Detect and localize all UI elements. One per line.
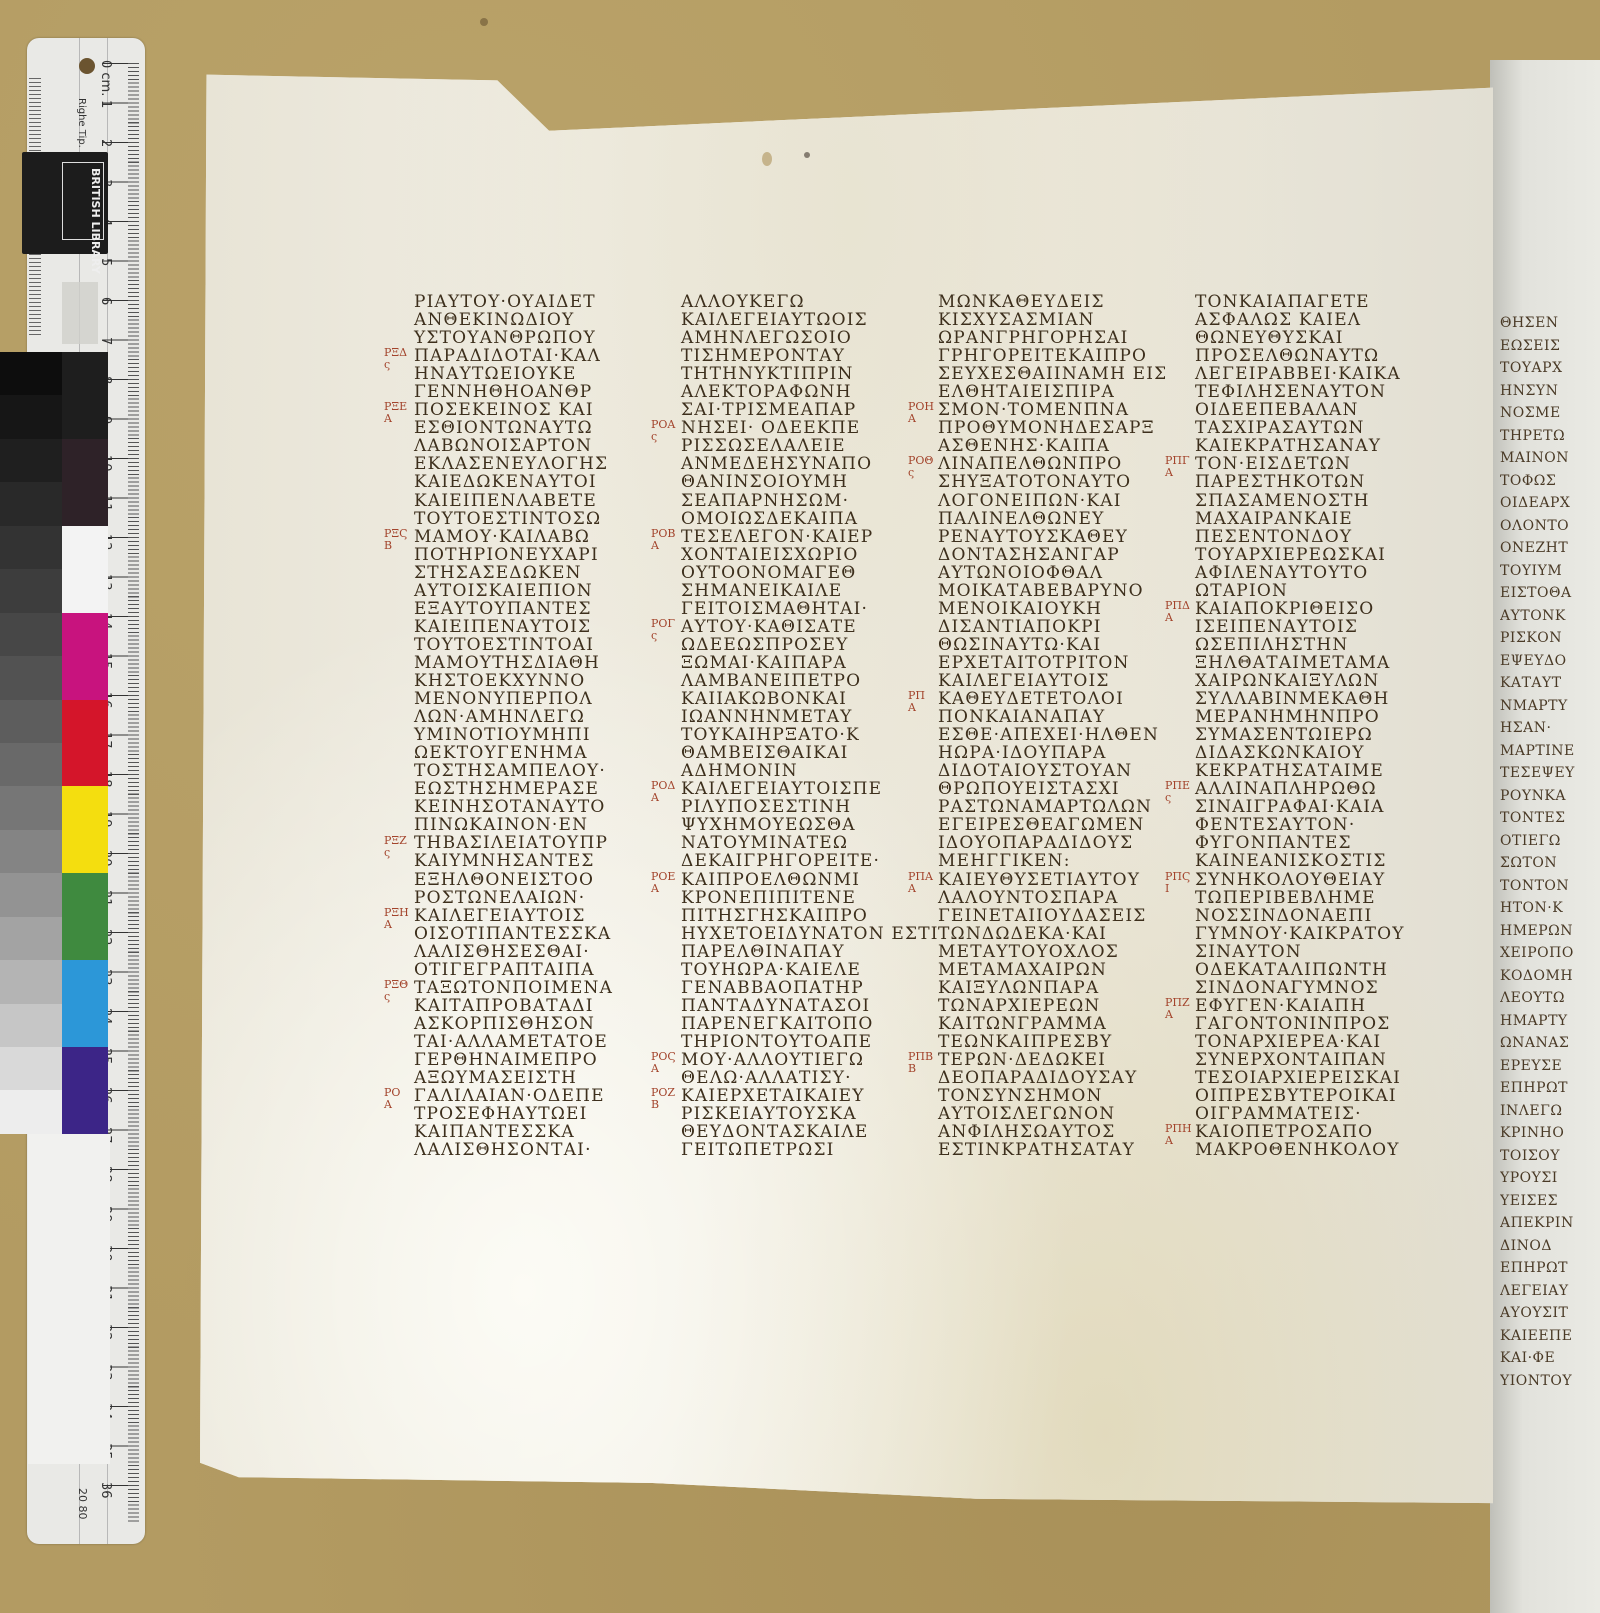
manuscript-line: ΤΕΩΝΚΑΙΠΡΕΣΒΥ	[938, 1033, 1178, 1051]
manuscript-line: ΞΗΛΘΑΤΑΙΜΕΤΑΜΑ	[1195, 654, 1435, 672]
text-column-4: ΤΟΝΚΑΙΑΠΑΓΕΤΕΑΣΦΑΛΩΣ ΚΑΙΕΛΘΩΝΕΥΘΥΣΚΑΙΠΡΟ…	[1195, 293, 1435, 1159]
manuscript-line: ΛΙΝΑΠΕΛΘΩΝΠΡΟ	[938, 455, 1178, 473]
manuscript-line: ΩΔΕΕΩΣΠΡΟΣΕΥ	[681, 636, 921, 654]
manuscript-line: ΛΑΒΩΝΟΙΣΑΡΤΟΝ	[414, 437, 654, 455]
adjacent-folio-line: ΣΩΤΟΝ	[1500, 852, 1600, 875]
manuscript-line: ΕΓΕΙΡΕΣΘΕΑΓΩΜΕΝ	[938, 816, 1178, 834]
manuscript-line: ΡΑΣΤΩΝΑΜΑΡΤΩΛΩΝ	[938, 798, 1178, 816]
manuscript-line: ΠΑΡΕΝΕΓΚΑΙΤΟΠΟ	[681, 1015, 921, 1033]
manuscript-line: ΣΗΥΞΑΤΟΤΟΝΑΥΤΟ	[938, 473, 1178, 491]
adjacent-folio-line: ΗΣΑΝ·	[1500, 717, 1600, 740]
color-patch-green	[62, 873, 108, 960]
adjacent-folio-line: ΝΟΣΜΕ	[1500, 402, 1600, 425]
adjacent-folio-line: ΑΠΕΚΡΙΝ	[1500, 1212, 1600, 1235]
manuscript-line: ΠΙΝΩΚΑΙΝΟΝ·ΕΝ	[414, 816, 654, 834]
manuscript-line: ΠΑΝΤΑΔΥΝΑΤΑΣΟΙ	[681, 997, 921, 1015]
ruler-cm-label: 36	[98, 1482, 113, 1499]
manuscript-line: ΕΡΧΕΤΑΙΤΟΤΡΙΤΟΝ	[938, 654, 1178, 672]
ruler-cm-label: 1	[98, 100, 113, 108]
manuscript-line: ΛΑΛΙΣΘΗΣΟΝΤΑΙ·	[414, 1141, 654, 1159]
manuscript-line: ΟΥΤΟΟΝΟΜΑΓΕΘ	[681, 564, 921, 582]
eusebian-canon-note: ΡΞϚ Β	[384, 528, 408, 552]
manuscript-line: ΩΡΑΝΓΡΗΓΟΡΗΣΑΙ	[938, 329, 1178, 347]
eusebian-canon-note: ΡΞΗ Α	[384, 907, 409, 931]
ruler-bottom-label: 20 80	[76, 1488, 89, 1520]
adjacent-folio-line: ΜΑΡΤΙΝΕ	[1500, 740, 1600, 763]
eusebian-canon-note: ΡΠ Α	[908, 690, 925, 714]
manuscript-line: ΝΟΣΣΙΝΔΟΝΑΕΠΙ	[1195, 907, 1435, 925]
manuscript-line: ΜΕΤΑΥΤΟΥΟΧΛΟΣ	[938, 943, 1178, 961]
manuscript-line: ΤΗΡΙΟΝΤΟΥΤΟΑΠΕ	[681, 1033, 921, 1051]
eusebian-canon-note: ΡΟΗ Α	[908, 401, 934, 425]
manuscript-line: ΚΑΙΛΕΓΕΙΑΥΤΩΟΙΣ	[681, 311, 921, 329]
adjacent-folio-line: ΤΗΡΕΤΩ	[1500, 425, 1600, 448]
manuscript-line: ΦΕΝΤΕΣΑΥΤΟΝ·	[1195, 816, 1435, 834]
manuscript-line: ΙΔΟΥΟΠΑΡΑΔΙΔΟΥΣ	[938, 834, 1178, 852]
gray-step	[0, 482, 62, 525]
eusebian-canon-note: ΡΠΒ Β	[908, 1051, 933, 1075]
manuscript-line: ΣΕΥΧΕΣΘΑΙΙΝΑΜΗ ΕΙΣ	[938, 365, 1178, 383]
adjacent-folio-line: ΕΡΕΥΣΕ	[1500, 1055, 1600, 1078]
ruler-cm-label: 6	[98, 297, 113, 305]
text-column-3: ΜΩΝΚΑΘΕΥΔΕΙΣΚΙΣΧΥΣΑΣΜΙΑΝΩΡΑΝΓΡΗΓΟΡΗΣΑΙΓΡ…	[938, 293, 1178, 1159]
adjacent-folio-line: ΟΛΟΝΤΟ	[1500, 515, 1600, 538]
logo-text: BRITISH LIBRARY	[89, 168, 102, 238]
adjacent-folio-line: ΕΩΣΕΙΣ	[1500, 335, 1600, 358]
manuscript-line: ΑΣΚΟΡΠΙΣΘΗΣΟΝ	[414, 1015, 654, 1033]
adjacent-folio-line: ΤΟΙΣΟΥ	[1500, 1145, 1600, 1168]
gray-step	[0, 830, 62, 873]
eusebian-canon-note: ΡΠϚ Ι	[1165, 871, 1190, 895]
manuscript-line: ΜΩΝΚΑΘΕΥΔΕΙΣ	[938, 293, 1178, 311]
manuscript-line: ΤΟΥΤΟΕΣΤΙΝΤΟΣΩ	[414, 510, 654, 528]
ruler-cm-label: 7	[98, 337, 113, 345]
manuscript-line: ΛΕΓΕΙΡΑΒΒΕΙ·ΚΑΙΚΑ	[1195, 365, 1435, 383]
manuscript-line: ΜΟΙΚΑΤΑΒΕΒΑΡΥΝΟ	[938, 582, 1178, 600]
manuscript-line: ΓΕΝΑΒΒΑΟΠΑΤΗΡ	[681, 979, 921, 997]
ruler-smudge	[62, 282, 98, 344]
color-patch-red	[62, 700, 108, 787]
stain	[804, 152, 810, 158]
color-patch-dark-brown	[62, 439, 108, 526]
manuscript-line: ΤΑΞΩΤΟΝΠΟΙΜΕΝΑ	[414, 979, 654, 997]
manuscript-line: ΚΑΘΕΥΔΕΤΕΤΟΛΟΙ	[938, 690, 1178, 708]
manuscript-line: ΙΩΑΝΝΗΝΜΕΤΑΥ	[681, 708, 921, 726]
manuscript-line: ΜΑΜΟΥ·ΚΑΙΛΑΒΩ	[414, 528, 654, 546]
adjacent-folio-line: ΕΙΣΤΟΘΑ	[1500, 582, 1600, 605]
manuscript-line: ΔΟΝΤΑΣΗΣΑΝΓΑΡ	[938, 546, 1178, 564]
manuscript-line: ΕΦΥΓΕΝ·ΚΑΙΑΠΗ	[1195, 997, 1435, 1015]
manuscript-line: ΘΕΥΔΟΝΤΑΣΚΑΙΛΕ	[681, 1123, 921, 1141]
manuscript-line: ΡΙΣΚΕΙΑΥΤΟΥΣΚΑ	[681, 1105, 921, 1123]
manuscript-line: ΚΑΙΤΑΠΡΟΒΑΤΑΔΙ	[414, 997, 654, 1015]
manuscript-line: ΑΣΘΕΝΗΣ·ΚΑΙΠΑ	[938, 437, 1178, 455]
manuscript-line: ΔΙΔΑΣΚΩΝΚΑΙΟΥ	[1195, 744, 1435, 762]
eusebian-canon-note: ΡΟΒ Α	[651, 528, 676, 552]
manuscript-line: ΚΑΙΠΑΝΤΕΣΣΚΑ	[414, 1123, 654, 1141]
manuscript-line: ΕΞΑΥΤΟΥΠΑΝΤΕΣ	[414, 600, 654, 618]
manuscript-line: ΜΑΚΡΟΘΕΝΗΚΟΛΟΥ	[1195, 1141, 1435, 1159]
manuscript-line: ΞΩΜΑΙ·ΚΑΙΠΑΡΑ	[681, 654, 921, 672]
manuscript-line: ΣΥΝΗΚΟΛΟΥΘΕΙΑΥ	[1195, 871, 1435, 889]
adjacent-folio-line: ΔΙΝΟΔ	[1500, 1235, 1600, 1258]
manuscript-line: ΘΑΝΙΝΣΟΙΟΥΜΗ	[681, 473, 921, 491]
manuscript-line: ΑΛΕΚΤΟΡΑΦΩΝΗ	[681, 383, 921, 401]
color-patch-cyan	[62, 960, 108, 1047]
eusebian-canon-note: ΡΟΘ ς	[908, 455, 933, 479]
manuscript-line: ΚΑΙΥΜΝΗΣΑΝΤΕΣ	[414, 852, 654, 870]
manuscript-line: ΣΑΙ·ΤΡΙΣΜΕΑΠΑΡ	[681, 401, 921, 419]
color-patch-violet	[62, 1047, 108, 1134]
eusebian-canon-note: ΡΠΔ Α	[1165, 600, 1190, 624]
manuscript-line: ΤΟΝΑΡΧΙΕΡΕΑ·ΚΑΙ	[1195, 1033, 1435, 1051]
manuscript-line: ΠΡΟΣΕΛΘΩΝΑΥΤΩ	[1195, 347, 1435, 365]
eusebian-canon-note: ΡΟ Α	[384, 1087, 400, 1111]
manuscript-line: ΟΙΔΕΕΠΕΒΑΛΑΝ	[1195, 401, 1435, 419]
manuscript-line: ΠΕΣΕΝΤΟΝΔΟΥ	[1195, 528, 1435, 546]
manuscript-line: ΑΜΗΝΛΕΓΩΣΟΙΟ	[681, 329, 921, 347]
manuscript-line: ΑΞΩΥΜΑΣΕΙΣΤΗ	[414, 1069, 654, 1087]
adjacent-folio-line: ΤΟΝΤΟΝ	[1500, 875, 1600, 898]
eusebian-canon-note: ΡΠΑ Α	[908, 871, 933, 895]
adjacent-folio-line: ΗΜΑΡΤΥ	[1500, 1010, 1600, 1033]
manuscript-line: ΚΑΙΑΠΟΚΡΙΘΕΙΣΟ	[1195, 600, 1435, 618]
ruler-mm-ticks	[111, 63, 139, 1523]
manuscript-line: ΤΟΝΚΑΙΑΠΑΓΕΤΕ	[1195, 293, 1435, 311]
manuscript-line: ΛΑΛΙΣΘΗΣΕΣΘΑΙ·	[414, 943, 654, 961]
eusebian-canon-note: ΡΞΕ Α	[384, 401, 407, 425]
manuscript-line: ΑΥΤΟΥ·ΚΑΘΙΣΑΤΕ	[681, 618, 921, 636]
manuscript-line: ΑΦΙΛΕΝΑΥΤΟΥΤΟ	[1195, 564, 1435, 582]
manuscript-line: ΚΑΙΙΑΚΩΒΟΝΚΑΙ	[681, 690, 921, 708]
manuscript-line: ΠΟΣΕΚΕΙΝΟΣ ΚΑΙ	[414, 401, 654, 419]
manuscript-line: ΑΝΜΕΔΕΗΣΥΝΑΠΟ	[681, 455, 921, 473]
manuscript-line: ΓΡΗΓΟΡΕΙΤΕΚΑΙΠΡΟ	[938, 347, 1178, 365]
manuscript-line: ΤΟΥΗΩΡΑ·ΚΑΙΕΛΕ	[681, 961, 921, 979]
manuscript-line: ΣΗΜΑΝΕΙΚΑΙΛΕ	[681, 582, 921, 600]
manuscript-line: ΓΕΙΤΟΙΣΜΑΘΗΤΑΙ·	[681, 600, 921, 618]
adjacent-folio-line: ΗΜΕΡΩΝ	[1500, 920, 1600, 943]
manuscript-line: ΑΥΤΟΙΣΛΕΓΩΝΟΝ	[938, 1105, 1178, 1123]
manuscript-line: ΤΡΟΣΕΦΗΑΥΤΩΕΙ	[414, 1105, 654, 1123]
adjacent-folio-line: ΛΕΓΕΙΑΥ	[1500, 1280, 1600, 1303]
adjacent-folio-line: ΟΙΔΕΑΡΧ	[1500, 492, 1600, 515]
manuscript-line: ΟΙΠΡΕΣΒΥΤΕΡΟΙΚΑΙ	[1195, 1087, 1435, 1105]
manuscript-line: ΚΑΙΕΚΡΑΤΗΣΑΝΑΥ	[1195, 437, 1435, 455]
adjacent-folio-line: ΟΝΕΖΗΤ	[1500, 537, 1600, 560]
grayscale-card	[0, 352, 62, 1134]
manuscript-line: ΤΟΥΤΟΕΣΤΙΝΤΟΑΙ	[414, 636, 654, 654]
manuscript-line: ΚΡΟΝΕΠΙΠΙΤΕΝΕ	[681, 889, 921, 907]
manuscript-line: ΟΔΕΚΑΤΑΛΙΠΩΝΤΗ	[1195, 961, 1435, 979]
manuscript-line: ΕΚΛΑΣΕΝΕΥΛΟΓΗΣ	[414, 455, 654, 473]
manuscript-line: ΝΗΣΕΙ· ΟΔΕΕΚΠΕ	[681, 419, 921, 437]
adjacent-folio-line: ΡΙΣΚΟΝ	[1500, 627, 1600, 650]
manuscript-line: ΓΑΓΟΝΤΟΝΙΝΠΡΟΣ	[1195, 1015, 1435, 1033]
adjacent-folio-line: ΗΤΟΝ·Κ	[1500, 897, 1600, 920]
adjacent-folio-line: ΤΕΣΕΨΕΥ	[1500, 762, 1600, 785]
manuscript-line: ΝΑΤΟΥΜΙΝΑΤΕΩ	[681, 834, 921, 852]
adjacent-folio-text: ΘΗΣΕΝΕΩΣΕΙΣΤΟΥΑΡΧΗΝΣΥΝΝΟΣΜΕΤΗΡΕΤΩΜΑΙΝΟΝΤ…	[1500, 312, 1600, 1392]
manuscript-line: ΠΡΟΘΥΜΟΝΗΔΕΣΑΡΞ	[938, 419, 1178, 437]
manuscript-line: ΩΣΕΠΙΛΗΣΤΗΝ	[1195, 636, 1435, 654]
manuscript-line: ΚΑΙΟΠΕΤΡΟΣΑΠΟ	[1195, 1123, 1435, 1141]
manuscript-line: ΜΟΥ·ΑΛΛΟΥΤΙΕΓΩ	[681, 1051, 921, 1069]
adjacent-folio-line: ΚΑΙ·ΦΕ	[1500, 1347, 1600, 1370]
manuscript-line: ΤΟΣΤΗΣΑΜΠΕΛΟΥ·	[414, 762, 654, 780]
eusebian-canon-note: ΡΠΗ Α	[1165, 1123, 1192, 1147]
manuscript-line: ΤΑΣΧΙΡΑΣΑΥΤΩΝ	[1195, 419, 1435, 437]
manuscript-line: ΑΔΗΜΟΝΙΝ	[681, 762, 921, 780]
manuscript-line: ΣΙΝΑΥΤΟΝ	[1195, 943, 1435, 961]
adjacent-folio-line: ΤΟΦΩΣ	[1500, 470, 1600, 493]
manuscript-line: ΤΟΝΣΥΝΣΗΜΟΝ	[938, 1087, 1178, 1105]
eusebian-canon-note: ΡΟΓ ς	[651, 618, 675, 642]
manuscript-line: ΘΩΝΕΥΘΥΣΚΑΙ	[1195, 329, 1435, 347]
manuscript-line: ΣΥΝΕΡΧΟΝΤΑΙΠΑΝ	[1195, 1051, 1435, 1069]
adjacent-folio-line: ΕΠΗΡΩΤ	[1500, 1077, 1600, 1100]
gray-step	[0, 613, 62, 656]
manuscript-line: ΕΛΘΗΤΑΙΕΙΣΠΙΡΑ	[938, 383, 1178, 401]
adjacent-folio-line: ΗΝΣΥΝ	[1500, 380, 1600, 403]
gray-step	[0, 873, 62, 916]
adjacent-folio-line: ΜΑΙΝΟΝ	[1500, 447, 1600, 470]
ruler-cm-label: 0 cm.	[98, 60, 113, 96]
manuscript-line: ΕΩΣΤΗΣΗΜΕΡΑΣΕ	[414, 780, 654, 798]
adjacent-folio-line: ΑΥΟΥΣΙΤ	[1500, 1302, 1600, 1325]
gray-step	[0, 395, 62, 438]
manuscript-line: ΜΕΗΓΓΙΚΕΝ:	[938, 852, 1178, 870]
manuscript-line: ΑΝΦΙΛΗΣΩΑΥΤΟΣ	[938, 1123, 1178, 1141]
manuscript-line: ΠΙΤΗΣΓΗΣΚΑΙΠΡΟ	[681, 907, 921, 925]
gray-step	[0, 917, 62, 960]
manuscript-line: ΤΕΡΩΝ·ΔΕΔΩΚΕΙ	[938, 1051, 1178, 1069]
manuscript-line: ΕΣΘΙΟΝΤΩΝΑΥΤΩ	[414, 419, 654, 437]
adjacent-folio-line: ΤΟΥΑΡΧ	[1500, 357, 1600, 380]
color-card	[62, 352, 108, 1134]
manuscript-line: ΚΑΙΕΥΘΥΣΕΤΙΑΥΤΟΥ	[938, 871, 1178, 889]
manuscript-line: ΤΟΥΚΑΙΗΡΞΑΤΟ·Κ	[681, 726, 921, 744]
adjacent-folio-line: ΥΡΟΥΣΙ	[1500, 1167, 1600, 1190]
text-column-2: ΑΛΛΟΥΚΕΓΩΚΑΙΛΕΓΕΙΑΥΤΩΟΙΣΑΜΗΝΛΕΓΩΣΟΙΟΤΙΣΗ…	[681, 293, 921, 1159]
manuscript-line: ΤΕΣΕΛΕΓΟΝ·ΚΑΙΕΡ	[681, 528, 921, 546]
white-card-strip	[28, 1134, 110, 1464]
gray-step	[0, 352, 62, 395]
eusebian-canon-note: ΡΟΔ Α	[651, 780, 675, 804]
manuscript-line: ΣΤΗΣΑΣΕΔΩΚΕΝ	[414, 564, 654, 582]
ruler-hole	[79, 58, 95, 74]
manuscript-line: ΡΟΣΤΩΝΕΛΑΙΩΝ·	[414, 889, 654, 907]
manuscript-line: ΕΣΘΕ·ΑΠΕΧΕΙ·ΗΛΘΕΝ	[938, 726, 1178, 744]
manuscript-line: ΚΕΚΡΑΤΗΣΑΤΑΙΜΕ	[1195, 762, 1435, 780]
gray-step	[0, 700, 62, 743]
manuscript-line: ΤΗΤΗΝΥΚΤΙΠΡΙΝ	[681, 365, 921, 383]
adjacent-folio-line: ΟΤΙΕΓΩ	[1500, 830, 1600, 853]
gray-step	[0, 1004, 62, 1047]
gray-step	[0, 960, 62, 1003]
manuscript-line: ΑΣΦΑΛΩΣ ΚΑΙΕΛ	[1195, 311, 1435, 329]
manuscript-line: ΡΙΑΥΤΟΥ·ΟΥΑΙΔΕΤ	[414, 293, 654, 311]
manuscript-line: ΤΑΙ·ΑΛΛΑΜΕΤΑΤΟΕ	[414, 1033, 654, 1051]
manuscript-line: ΡΙΛΥΠΟΣΕΣΤΙΝΗ	[681, 798, 921, 816]
manuscript-line: ΜΕΝΟΝΥΠΕΡΠΟΛ	[414, 690, 654, 708]
manuscript-line: ΑΝΘΕΚΙΝΩΔΙΟΥ	[414, 311, 654, 329]
text-column-1: ΡΙΑΥΤΟΥ·ΟΥΑΙΔΕΤΑΝΘΕΚΙΝΩΔΙΟΥΥΣΤΟΥΑΝΘΡΩΠΟΥ…	[414, 293, 654, 1159]
manuscript-line: ΕΣΤΙΝΚΡΑΤΗΣΑΤΑΥ	[938, 1141, 1178, 1159]
manuscript-line: ΣΠΑΣΑΜΕΝΟΣΤΗ	[1195, 492, 1435, 510]
manuscript-line: ΙΣΕΙΠΕΝΑΥΤΟΙΣ	[1195, 618, 1435, 636]
gray-step	[0, 656, 62, 699]
manuscript-line: ΚΑΙΠΡΟΕΛΘΩΝΜΙ	[681, 871, 921, 889]
manuscript-line: ΣΕΑΠΑΡΝΗΣΩΜ·	[681, 492, 921, 510]
manuscript-line: ΣΥΛΛΑΒΙΝΜΕΚΑΘΗ	[1195, 690, 1435, 708]
manuscript-line: ΨΥΧΗΜΟΥΕΩΣΘΑ	[681, 816, 921, 834]
manuscript-line: ΓΕΡΘΗΝΑΙΜΕΠΡΟ	[414, 1051, 654, 1069]
adjacent-folio-line: ΝΜΑΡΤΥ	[1500, 695, 1600, 718]
gray-step	[0, 1047, 62, 1090]
manuscript-line: ΓΥΜΝΟΥ·ΚΑΙΚΡΑΤΟΥ	[1195, 925, 1435, 943]
eusebian-canon-note: ΡΟΑ ς	[651, 419, 675, 443]
manuscript-line: ΛΑΛΟΥΝΤΟΣΠΑΡΑ	[938, 889, 1178, 907]
manuscript-line: ΘΕΛΩ·ΑΛΛΑΤΙΣΥ·	[681, 1069, 921, 1087]
adjacent-folio-line: ΤΟΝΤΕΣ	[1500, 807, 1600, 830]
color-patch-black	[62, 352, 108, 439]
manuscript-line: ΓΑΛΙΛΑΙΑΝ·ΟΔΕΠΕ	[414, 1087, 654, 1105]
eusebian-canon-note: ΡΠΓ Α	[1165, 455, 1190, 479]
adjacent-folio-line: ΚΑΙΕΕΠΕ	[1500, 1325, 1600, 1348]
manuscript-line: ΔΕΚΑΙΓΡΗΓΟΡΕΙΤΕ·	[681, 852, 921, 870]
manuscript-line: ΥΣΤΟΥΑΝΘΡΩΠΟΥ	[414, 329, 654, 347]
manuscript-line: ΤΩΝΑΡΧΙΕΡΕΩΝ	[938, 997, 1178, 1015]
manuscript-line: ΔΕΟΠΑΡΑΔΙΔΟΥΣΑΥ	[938, 1069, 1178, 1087]
manuscript-line: ΛΩΝ·ΑΜΗΝΛΕΓΩ	[414, 708, 654, 726]
manuscript-line: ΚΑΙΕΙΠΕΝΑΥΤΟΙΣ	[414, 618, 654, 636]
manuscript-line: ΟΜΟΙΩΣΔΕΚΑΙΠΑ	[681, 510, 921, 528]
manuscript-line: ΚΑΙΛΕΓΕΙΑΥΤΟΙΣ	[414, 907, 654, 925]
manuscript-line: ΓΕΝΝΗΘΗΟΑΝΘΡ	[414, 383, 654, 401]
manuscript-line: ΚΗΣΤΟΕΚΧΥΝΝΟ	[414, 672, 654, 690]
eusebian-canon-note: ΡΠΖ Α	[1165, 997, 1190, 1021]
manuscript-line: ΠΟΝΚΑΙΑΝΑΠΑΥ	[938, 708, 1178, 726]
manuscript-line: ΣΙΝΔΟΝΑΓΥΜΝΟΣ	[1195, 979, 1435, 997]
manuscript-line: ΤΩΠΕΡΙΒΕΒΛΗΜΕ	[1195, 889, 1435, 907]
manuscript-line: ΤΙΣΗΜΕΡΟΝΤΑΥ	[681, 347, 921, 365]
manuscript-line: ΤΕΦΙΛΗΣΕΝΑΥΤΟΝ	[1195, 383, 1435, 401]
manuscript-line: ΠΟΤΗΡΙΟΝΕΥΧΑΡΙ	[414, 546, 654, 564]
manuscript-line: ΗΥΧΕΤΟΕΙΔΥΝΑΤΟΝ ΕΣΤΙ	[681, 925, 921, 943]
manuscript-line: ΔΙΔΟΤΑΙΟΥΣΤΟΥΑΝ	[938, 762, 1178, 780]
adjacent-folio-line: ΚΡΙΝΗΟ	[1500, 1122, 1600, 1145]
manuscript-line: ΥΜΙΝΟΤΙΟΥΜΗΠΙ	[414, 726, 654, 744]
adjacent-folio-line: ΕΨΕΥΔΟ	[1500, 650, 1600, 673]
ruler-secondary-label: Righe Tip. 1	[76, 98, 87, 157]
color-patch-white	[62, 526, 108, 613]
adjacent-folio-line: ΕΠΗΡΩΤ	[1500, 1257, 1600, 1280]
adjacent-folio-line: ΛΕΟΥΤΩ	[1500, 987, 1600, 1010]
adjacent-folio-line: ΘΗΣΕΝ	[1500, 312, 1600, 335]
manuscript-line: ΜΑΜΟΥΤΗΣΔΙΑΘΗ	[414, 654, 654, 672]
manuscript-line: ΚΕΙΝΗΣΟΤΑΝΑΥΤΟ	[414, 798, 654, 816]
stain	[480, 18, 488, 26]
manuscript-line: ΩΕΚΤΟΥΓΕΝΗΜΑ	[414, 744, 654, 762]
gray-step	[0, 569, 62, 612]
manuscript-line: ΚΑΙΝΕΑΝΙΣΚΟΣΤΙΣ	[1195, 852, 1435, 870]
manuscript-line: ΠΑΡΕΣΤΗΚΟΤΩΝ	[1195, 473, 1435, 491]
manuscript-line: ΘΩΣΙΝΑΥΤΩ·ΚΑΙ	[938, 636, 1178, 654]
manuscript-line: ΟΤΙΓΕΓΡΑΠΤΑΙΠΑ	[414, 961, 654, 979]
adjacent-folio-line: ΩΝΑΝΑΣ	[1500, 1032, 1600, 1055]
adjacent-folio-line: ΚΟΔΟΜΗ	[1500, 965, 1600, 988]
manuscript-line: ΑΛΛΟΥΚΕΓΩ	[681, 293, 921, 311]
color-patch-magenta	[62, 613, 108, 700]
gray-step	[0, 526, 62, 569]
manuscript-line: ΟΙΣΟΤΙΠΑΝΤΕΣΣΚΑ	[414, 925, 654, 943]
manuscript-line: ΗΝΑΥΤΩΕΙΟΥΚΕ	[414, 365, 654, 383]
adjacent-folio-line: ΑΥΤΟΝΚ	[1500, 605, 1600, 628]
manuscript-line: ΤΩΝΔΩΔΕΚΑ·ΚΑΙ	[938, 925, 1178, 943]
manuscript-line: ΚΑΙΤΩΝΓΡΑΜΜΑ	[938, 1015, 1178, 1033]
manuscript-line: ΘΡΩΠΟΥΕΙΣΤΑΣΧΙ	[938, 780, 1178, 798]
manuscript-line: ΓΕΙΤΩΠΕΤΡΩΣΙ	[681, 1141, 921, 1159]
adjacent-folio-line: ΡΟΥΝΚΑ	[1500, 785, 1600, 808]
manuscript-line: ΠΑΛΙΝΕΛΘΩΝΕΥ	[938, 510, 1178, 528]
manuscript-line: ΜΕΤΑΜΑΧΑΙΡΩΝ	[938, 961, 1178, 979]
manuscript-line: ΤΟΥΑΡΧΙΕΡΕΩΣΚΑΙ	[1195, 546, 1435, 564]
manuscript-line: ΘΑΜΒΕΙΣΘΑΙΚΑΙ	[681, 744, 921, 762]
manuscript-line: ΤΗΒΑΣΙΛΕΙΑΤΟΥΠΡ	[414, 834, 654, 852]
manuscript-line: ΛΟΓΟΝΕΙΠΩΝ·ΚΑΙ	[938, 492, 1178, 510]
ruler-cm-label: 2	[98, 139, 113, 147]
manuscript-line: ΜΕΝΟΙΚΑΙΟΥΚΗ	[938, 600, 1178, 618]
british-library-logo: BRITISH LIBRARY	[22, 152, 108, 254]
manuscript-line: ΡΙΣΣΩΣΕΛΑΛΕΙΕ	[681, 437, 921, 455]
manuscript-line: ΚΑΙΛΕΓΕΙΑΥΤΟΙΣ	[938, 672, 1178, 690]
adjacent-folio-line: ΤΟΥΙΥΜ	[1500, 560, 1600, 583]
manuscript-line: ΔΙΣΑΝΤΙΑΠΟΚΡΙ	[938, 618, 1178, 636]
manuscript-line: ΚΑΙΕΡΧΕΤΑΙΚΑΙΕΥ	[681, 1087, 921, 1105]
manuscript-line: ΩΤΑΡΙΟΝ	[1195, 582, 1435, 600]
manuscript-line: ΜΑΧΑΙΡΑΝΚΑΙΕ	[1195, 510, 1435, 528]
manuscript-line: ΑΛΛΙΝΑΠΛΗΡΩΘΩ	[1195, 780, 1435, 798]
manuscript-line: ΚΙΣΧΥΣΑΣΜΙΑΝ	[938, 311, 1178, 329]
eusebian-canon-note: ΡΟϚ Α	[651, 1051, 676, 1075]
manuscript-line: ΑΥΤΟΙΣΚΑΙΕΠΙΟΝ	[414, 582, 654, 600]
manuscript-line: ΤΟΝ·ΕΙΣΔΕΤΩΝ	[1195, 455, 1435, 473]
adjacent-folio-line: ΥΕΙΣΕΣ	[1500, 1190, 1600, 1213]
manuscript-line: ΦΥΓΟΝΠΑΝΤΕΣ	[1195, 834, 1435, 852]
adjacent-folio-line: ΧΕΙΡΟΠΟ	[1500, 942, 1600, 965]
manuscript-line: ΗΩΡΑ·ΙΔΟΥΠΑΡΑ	[938, 744, 1178, 762]
adjacent-folio-line: ΥΙΟΝΤΟΥ	[1500, 1370, 1600, 1393]
eusebian-canon-note: ΡΟΖ Β	[651, 1087, 675, 1111]
eusebian-canon-note: ΡΟΕ Α	[651, 871, 675, 895]
gray-step	[0, 1090, 62, 1133]
manuscript-line: ΣΥΜΑΣΕΝΤΩΙΕΡΩ	[1195, 726, 1435, 744]
gray-step	[0, 439, 62, 482]
gray-step	[0, 786, 62, 829]
manuscript-line: ΠΑΡΑΔΙΔΟΤΑΙ·ΚΑΛ	[414, 347, 654, 365]
adjacent-folio-line: ΚΑΤΑΥΤ	[1500, 672, 1600, 695]
manuscript-line: ΚΑΙΕΔΩΚΕΝΑΥΤΟΙ	[414, 473, 654, 491]
manuscript-line: ΡΕΝΑΥΤΟΥΣΚΑΘΕΥ	[938, 528, 1178, 546]
manuscript-line: ΧΟΝΤΑΙΕΙΣΧΩΡΙΟ	[681, 546, 921, 564]
eusebian-canon-note: ΡΞΘ ς	[384, 979, 408, 1003]
manuscript-line: ΛΑΜΒΑΝΕΙΠΕΤΡΟ	[681, 672, 921, 690]
manuscript-line: ΚΑΙΛΕΓΕΙΑΥΤΟΙΣΠΕ	[681, 780, 921, 798]
manuscript-line: ΧΑΙΡΩΝΚΑΙΞΥΛΩΝ	[1195, 672, 1435, 690]
manuscript-line: ΤΕΣΟΙΑΡΧΙΕΡΕΙΣΚΑΙ	[1195, 1069, 1435, 1087]
manuscript-line: ΑΥΤΩΝΟΙΟΦΘΑΛ	[938, 564, 1178, 582]
